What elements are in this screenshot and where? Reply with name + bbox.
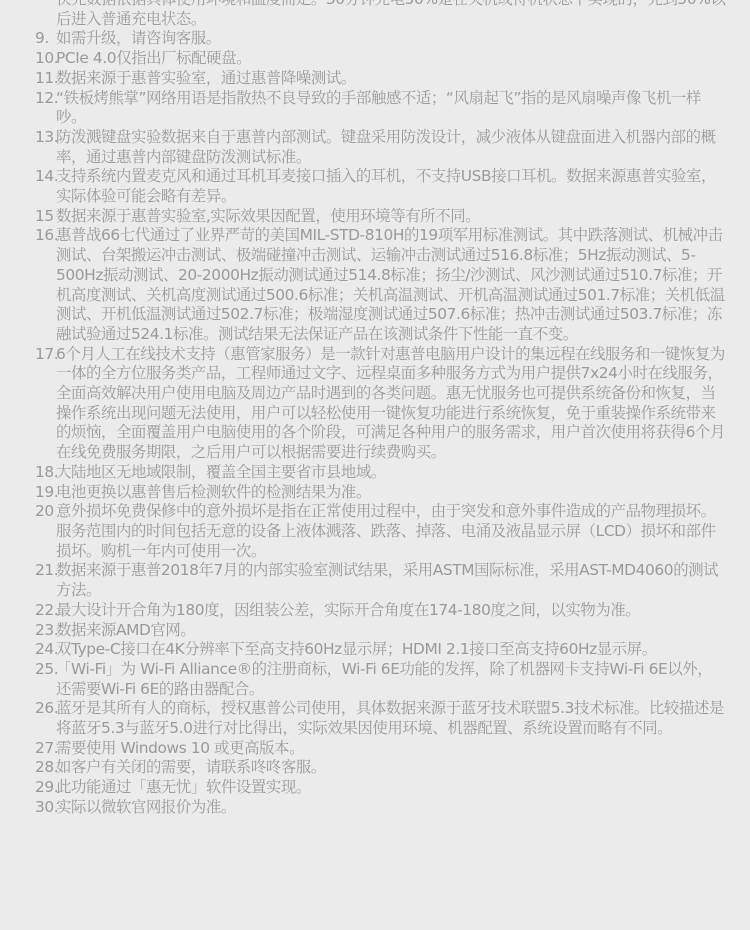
footnote-text: 数据来源于惠普实验室，通过惠普降噪测试。 [56,69,727,89]
footnote-number: 22. [35,601,58,621]
footnote-13: 13. 防泼溅键盘实验数据来自于惠普内部测试。键盘采用防泼设计，减少液体从键盘面… [35,128,727,167]
footnote-text: 最大设计开合角为180度，因组装公差，实际开合角度在174-180度之间，以实物… [56,601,727,621]
footnote-number: 27. [35,739,58,759]
footnote-text: 意外损坏免费保修中的意外损坏是指在正常使用过程中，由于突发和意外事件造成的产品物… [56,502,727,561]
footnote-number: 28. [35,758,58,778]
footnote-text: 惠普战66七代通过了业界严苛的美国MIL-STD-810H的19项军用标准测试。… [56,226,727,344]
footnote-number: 21. [35,561,58,581]
footnote-text: 实际以微软官网报价为准。 [56,798,727,818]
footnote-text: 数据来源AMD官网。 [56,621,727,641]
footnote-number: 14. [35,167,58,187]
footnote-19: 19. 电池更换以惠普售后检测软件的检测结果为准。 [35,483,727,503]
footnotes-list: 快充数据依据具体使用环境和温度而定。30分钟充电50%是在关机或待机状态下实现的… [35,0,727,818]
footnote-28: 28. 如客户有关闭的需要，请联系咚咚客服。 [35,758,727,778]
footnote-text: 电池更换以惠普售后检测软件的检测结果为准。 [56,483,727,503]
footnote-number: 12. [35,89,58,109]
footnote-text: 双Type-C接口在4K分辨率下至高支持60Hz显示屏；HDMI 2.1接口至高… [56,640,727,660]
footnote-number: 20 [35,502,54,522]
footnote-text: 蓝牙是其所有人的商标，授权惠普公司使用，具体数据来源于蓝牙技术联盟5.3技术标准… [56,699,727,738]
footnote-text: 「Wi-Fi」为 Wi-Fi Alliance®的注册商标，Wi-Fi 6E功能… [56,660,727,699]
footnote-number: 11. [35,69,58,89]
footnote-number: 29. [35,778,58,798]
footnote-21: 21. 数据来源于惠普2018年7月的内部实验室测试结果，采用ASTM国际标准，… [35,561,727,600]
footnote-number: 10. [35,49,58,69]
footnote-text: 如客户有关闭的需要，请联系咚咚客服。 [56,758,727,778]
footnote-text: 防泼溅键盘实验数据来自于惠普内部测试。键盘采用防泼设计，减少液体从键盘面进入机器… [56,128,727,167]
footnote-9: 9. 如需升级，请咨询客服。 [35,29,727,49]
footnote-partial-top: 快充数据依据具体使用环境和温度而定。30分钟充电50%是在关机或待机状态下实现的… [35,0,727,29]
footnote-15: 15 . 数据来源于惠普实验室,实际效果因配置，使用环境等有所不同。 [35,207,727,227]
footnote-12: 12. “铁板烤熊掌”网络用语是指散热不良导致的手部触感不适；“风扇起飞”指的是… [35,89,727,128]
footnote-text: “铁板烤熊掌”网络用语是指散热不良导致的手部触感不适；“风扇起飞”指的是风扇噪声… [56,89,727,128]
footnote-10: 10. PCIe 4.0仅指出厂标配硬盘。 [35,49,727,69]
footnote-20: 20 意外损坏免费保修中的意外损坏是指在正常使用过程中，由于突发和意外事件造成的… [35,502,727,561]
footnote-18: 18. 大陆地区无地域限制，覆盖全国主要省市县地域。 [35,463,727,483]
footnote-23: 23. 数据来源AMD官网。 [35,621,727,641]
footnote-29: 29. 此功能通过「惠无忧」软件设置实现。 [35,778,727,798]
footnote-text: 6个月人工在线技术支持（惠管家服务）是一款针对惠普电脑用户设计的集远程在线服务和… [56,345,727,463]
footnote-16: 16. 惠普战66七代通过了业界严苛的美国MIL-STD-810H的19项军用标… [35,226,727,344]
footnote-number: 18. [35,463,58,483]
footnote-text: 需要使用 Windows 10 或更高版本。 [56,739,727,759]
footnote-22: 22. 最大设计开合角为180度，因组装公差，实际开合角度在174-180度之间… [35,601,727,621]
footnote-number: 17. [35,345,58,365]
footnote-25: 25. 「Wi-Fi」为 Wi-Fi Alliance®的注册商标，Wi-Fi … [35,660,727,699]
footnote-text: 此功能通过「惠无忧」软件设置实现。 [56,778,727,798]
footnote-17: 17. 6个月人工在线技术支持（惠管家服务）是一款针对惠普电脑用户设计的集远程在… [35,345,727,463]
footnote-text: 数据来源于惠普2018年7月的内部实验室测试结果，采用ASTM国际标准，采用AS… [56,561,727,600]
footnote-14: 14. 支持系统内置麦克风和通过耳机耳麦接口插入的耳机，不支持USB接口耳机。数… [35,167,727,206]
footnote-text: PCIe 4.0仅指出厂标配硬盘。 [56,49,727,69]
footnote-number: 25. [35,660,58,680]
footnote-text: 数据来源于惠普实验室,实际效果因配置，使用环境等有所不同。 [56,207,727,227]
footnote-number: 23. [35,621,58,641]
footnote-text: 快充数据依据具体使用环境和温度而定。30分钟充电50%是在关机或待机状态下实现的… [56,0,727,29]
footnote-30: 30. 实际以微软官网报价为准。 [35,798,727,818]
footnote-number: 19. [35,483,58,503]
footnote-number: 24. [35,640,58,660]
footnote-11: 11. 数据来源于惠普实验室，通过惠普降噪测试。 [35,69,727,89]
footnote-text: 支持系统内置麦克风和通过耳机耳麦接口插入的耳机，不支持USB接口耳机。数据来源惠… [56,167,727,206]
footnote-text: 大陆地区无地域限制，覆盖全国主要省市县地域。 [56,463,727,483]
footnote-text: 如需升级，请咨询客服。 [56,29,727,49]
footnote-number: 15 . [35,207,63,227]
footnote-number: 30. [35,798,58,818]
footnote-26: 26. 蓝牙是其所有人的商标，授权惠普公司使用，具体数据来源于蓝牙技术联盟5.3… [35,699,727,738]
footnote-27: 27. 需要使用 Windows 10 或更高版本。 [35,739,727,759]
footnote-number: 9. [35,29,49,49]
footnote-number: 13. [35,128,58,148]
footnote-number: 26. [35,699,58,719]
footnote-24: 24. 双Type-C接口在4K分辨率下至高支持60Hz显示屏；HDMI 2.1… [35,640,727,660]
footnote-number: 16. [35,226,58,246]
